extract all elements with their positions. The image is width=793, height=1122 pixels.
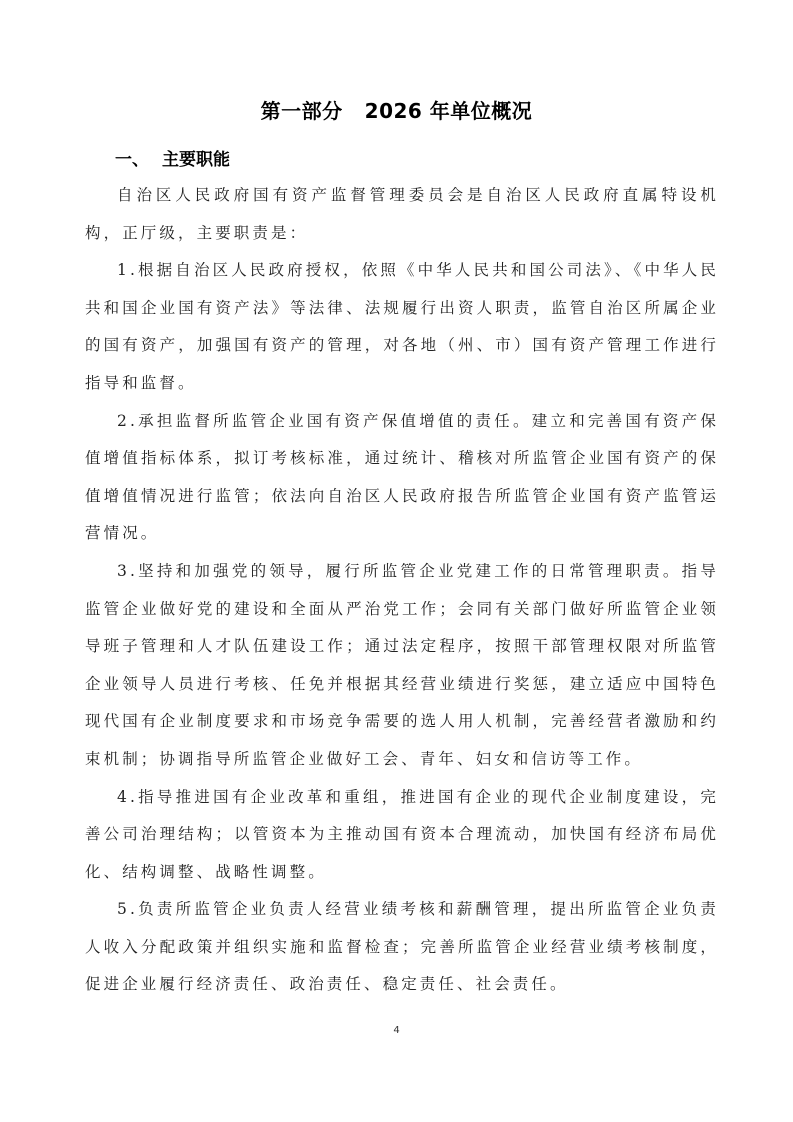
paragraph-line: 值增值指标体系，拟订考核标准，通过统计、稽核对所监管企业国有资产的保: [85, 440, 719, 478]
paragraph-duty-2: 2.承担监督所监管企业国有资产保值增值的责任。建立和完善国有资产保 值增值指标体…: [85, 403, 719, 553]
paragraph-line: 4.指导推进国有企业改革和重组，推进国有企业的现代企业制度建设，完: [85, 779, 719, 817]
paragraph-line: 值增值情况进行监管；依法向自治区人民政府报告所监管企业国有资产监管运: [85, 478, 719, 516]
paragraph-line: 人收入分配政策并组织实施和监督检查；完善所监管企业经营业绩考核制度，: [85, 929, 719, 967]
document-body: 自治区人民政府国有资产监督管理委员会是自治区人民政府直属特设机 构，正厅级，主要…: [85, 177, 719, 1004]
paragraph-line: 的国有资产，加强国有资产的管理，对各地（州、市）国有资产管理工作进行: [85, 327, 719, 365]
paragraph-duty-5: 5.负责所监管企业负责人经营业绩考核和薪酬管理，提出所监管企业负责 人收入分配政…: [85, 891, 719, 1004]
paragraph-line: 指导和监督。: [85, 365, 719, 403]
paragraph-intro: 自治区人民政府国有资产监督管理委员会是自治区人民政府直属特设机 构，正厅级，主要…: [85, 177, 719, 252]
paragraph-line: 共和国企业国有资产法》等法律、法规履行出资人职责，监管自治区所属企业: [85, 290, 719, 328]
paragraph-line: 善公司治理结构；以管资本为主推动国有资本合理流动，加快国有经济布局优: [85, 816, 719, 854]
paragraph-line: 监管企业做好党的建设和全面从严治党工作；会同有关部门做好所监管企业领: [85, 591, 719, 629]
paragraph-line: 营情况。: [85, 515, 719, 553]
paragraph-line: 构，正厅级，主要职责是：: [85, 215, 719, 253]
title-part: 第一部分: [261, 99, 343, 123]
title-rest: 2026 年单位概况: [365, 99, 533, 123]
paragraph-duty-3: 3.坚持和加强党的领导，履行所监管企业党建工作的日常管理职责。指导 监管企业做好…: [85, 553, 719, 779]
paragraph-line: 企业领导人员进行考核、任免并根据其经营业绩进行奖惩，建立适应中国特色: [85, 666, 719, 704]
page-title: 第一部分2026 年单位概况: [0, 98, 793, 124]
paragraph-line: 束机制；协调指导所监管企业做好工会、青年、妇女和信访等工作。: [85, 741, 719, 779]
section-number: 一、: [115, 148, 162, 172]
page-number: 4: [0, 1025, 793, 1036]
paragraph-duty-4: 4.指导推进国有企业改革和重组，推进国有企业的现代企业制度建设，完 善公司治理结…: [85, 779, 719, 892]
paragraph-line: 5.负责所监管企业负责人经营业绩考核和薪酬管理，提出所监管企业负责: [85, 891, 719, 929]
paragraph-line: 自治区人民政府国有资产监督管理委员会是自治区人民政府直属特设机: [85, 177, 719, 215]
section-heading-text: 主要职能: [162, 150, 230, 170]
paragraph-line: 2.承担监督所监管企业国有资产保值增值的责任。建立和完善国有资产保: [85, 403, 719, 441]
paragraph-line: 现代国有企业制度要求和市场竞争需要的选人用人机制，完善经营者激励和约: [85, 703, 719, 741]
paragraph-line: 1.根据自治区人民政府授权，依照《中华人民共和国公司法》、《中华人民: [85, 252, 719, 290]
document-page: 第一部分2026 年单位概况 一、主要职能 自治区人民政府国有资产监督管理委员会…: [0, 0, 793, 1122]
paragraph-line: 促进企业履行经济责任、政治责任、稳定责任、社会责任。: [85, 966, 719, 1004]
paragraph-line: 导班子管理和人才队伍建设工作；通过法定程序，按照干部管理权限对所监管: [85, 628, 719, 666]
paragraph-duty-1: 1.根据自治区人民政府授权，依照《中华人民共和国公司法》、《中华人民 共和国企业…: [85, 252, 719, 402]
paragraph-line: 3.坚持和加强党的领导，履行所监管企业党建工作的日常管理职责。指导: [85, 553, 719, 591]
paragraph-line: 化、结构调整、战略性调整。: [85, 854, 719, 892]
section-heading: 一、主要职能: [115, 148, 230, 172]
